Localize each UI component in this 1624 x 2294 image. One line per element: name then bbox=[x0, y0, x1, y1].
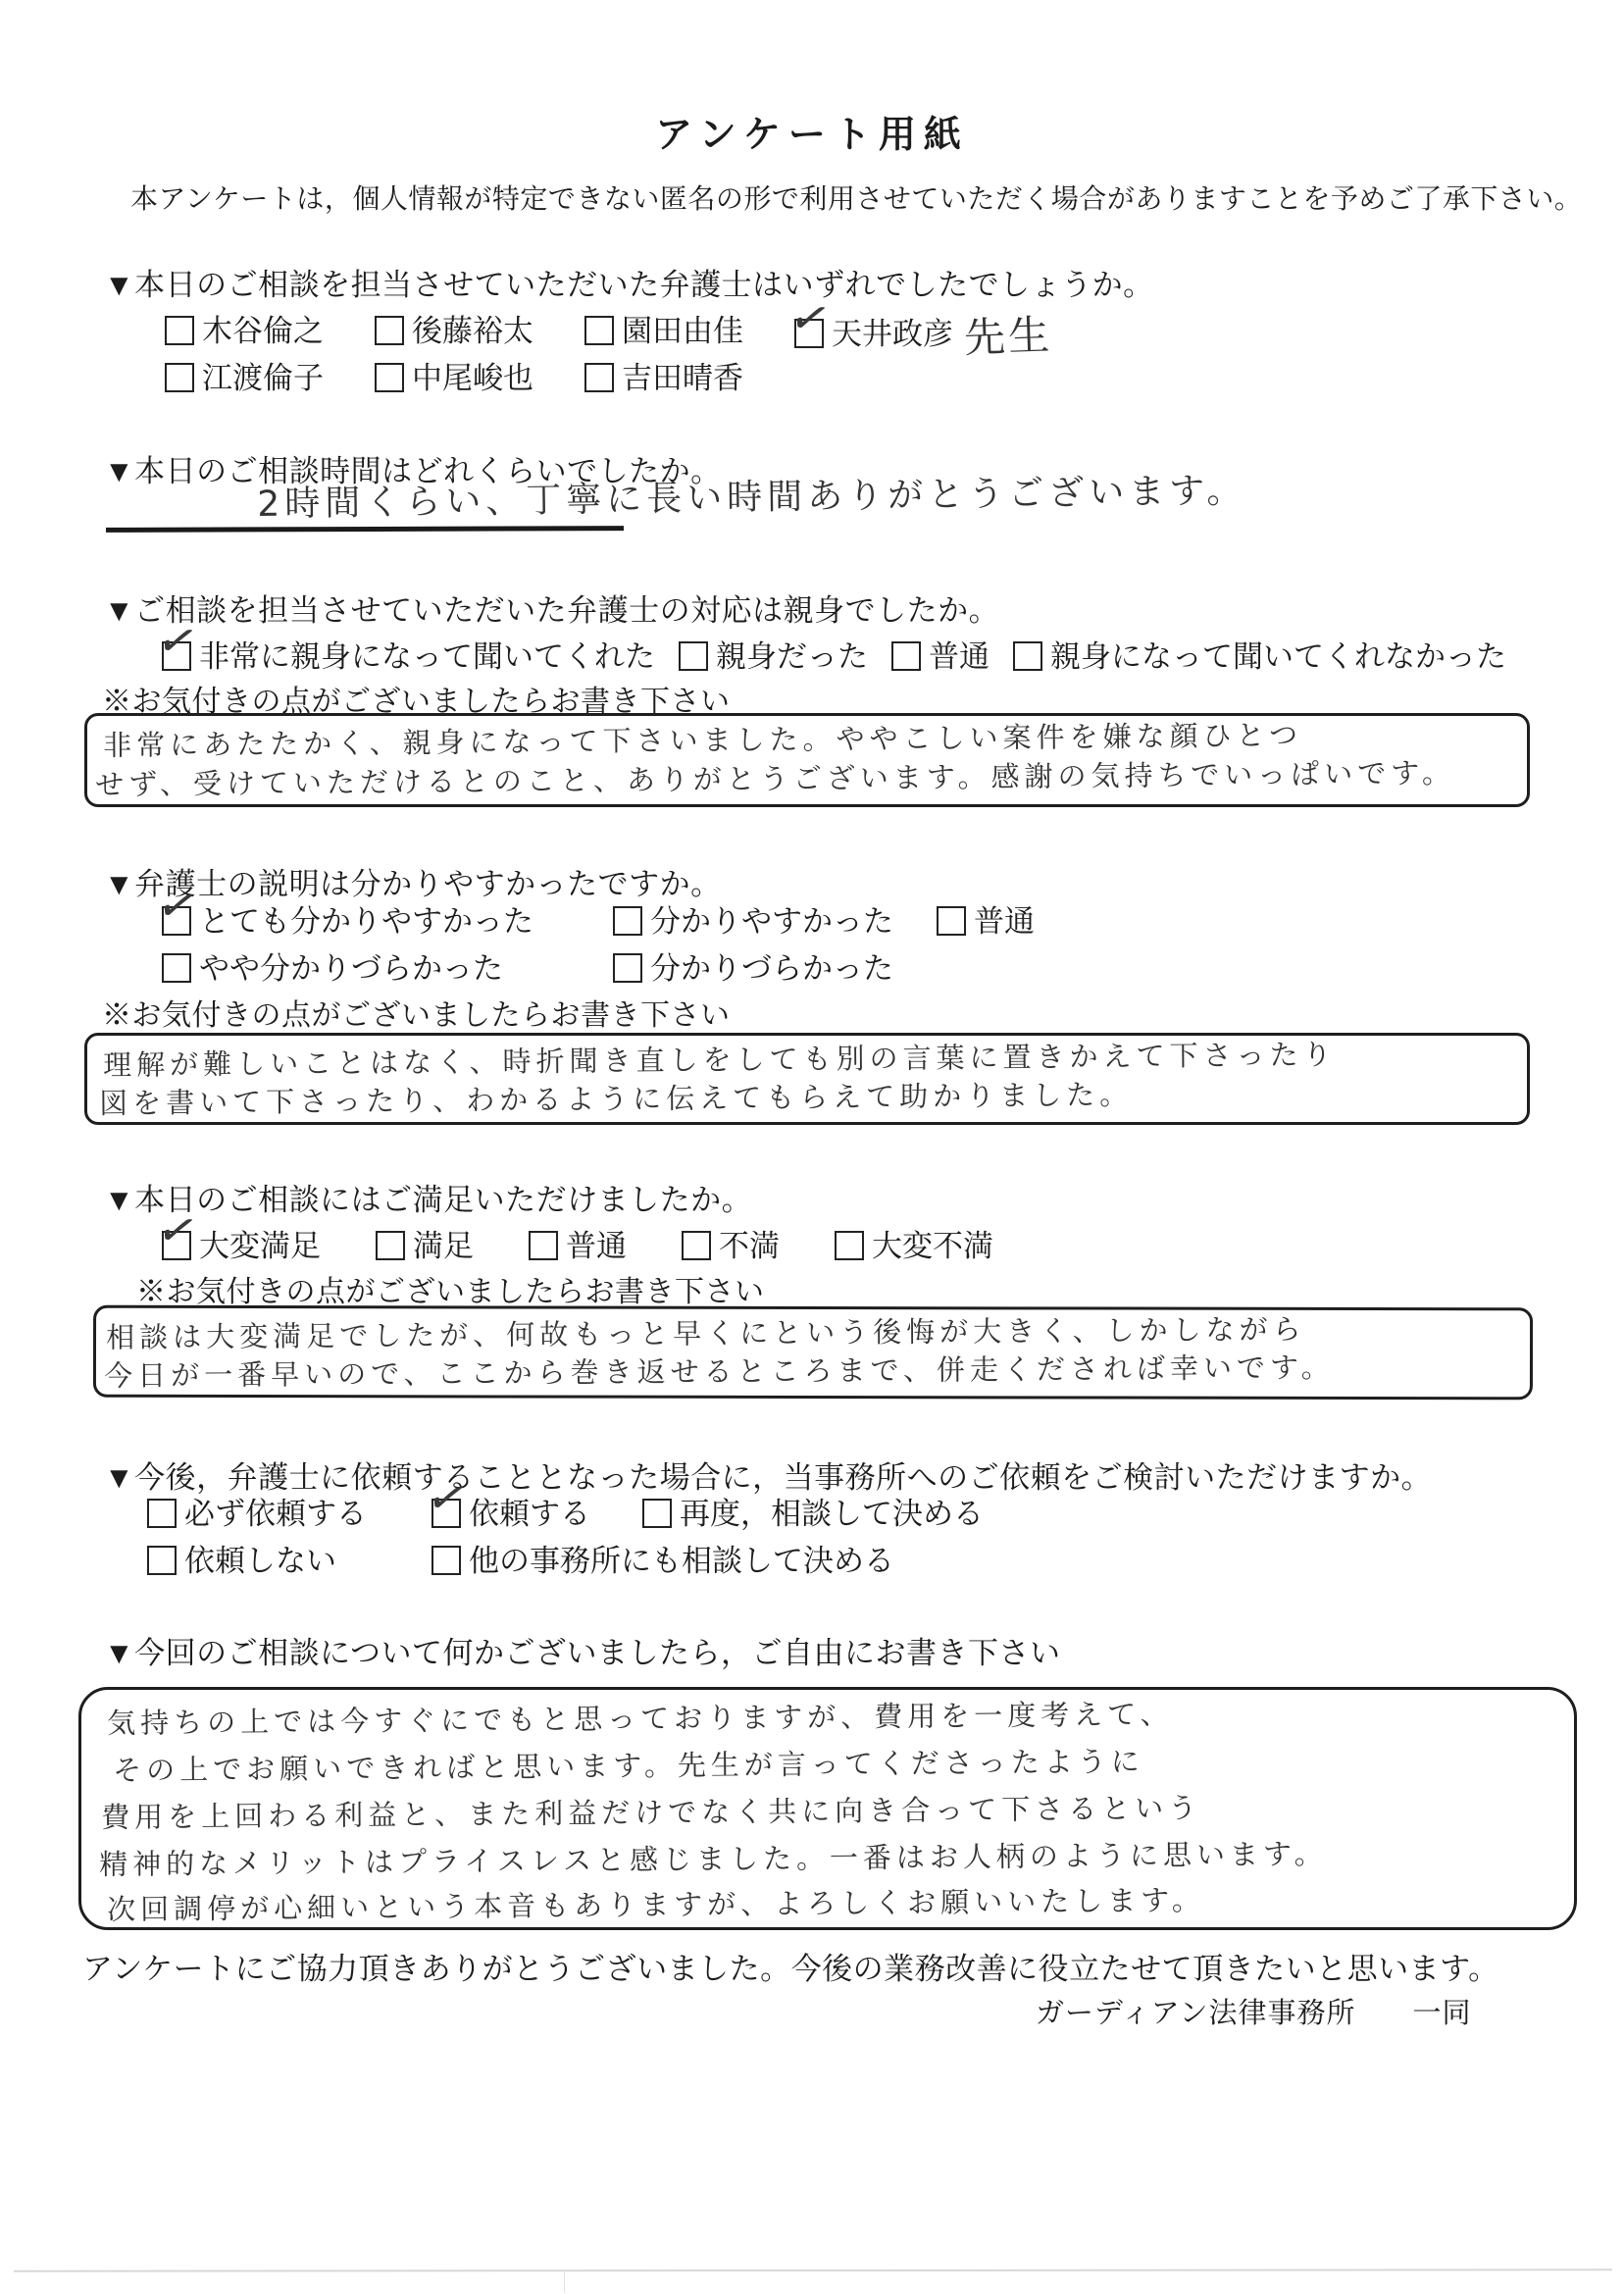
q6-option-row-1: 必ず依頼する ✓依頼する 再度，相談して決める bbox=[147, 1489, 984, 1533]
handwritten-line: 図を書いて下さったり、わかるように伝えてもらえて助かりました。 bbox=[99, 1073, 1133, 1122]
option-label: 親身になって聞いてくれなかった bbox=[1050, 639, 1506, 674]
option-label: 依頼しない bbox=[184, 1544, 336, 1578]
response-option: 親身だった bbox=[679, 632, 868, 676]
option-label: 親身だった bbox=[716, 639, 868, 674]
option-label: 分かりやすかった bbox=[650, 904, 893, 939]
q7-heading: ▼今回のご相談について何かございましたら，ご自由にお書き下さい bbox=[104, 1628, 1061, 1672]
checkbox-icon[interactable] bbox=[891, 641, 921, 671]
checkbox-icon[interactable]: ✓ bbox=[431, 1499, 461, 1528]
checkbox-icon[interactable] bbox=[642, 1499, 672, 1528]
option-label: 分かりづらかった bbox=[650, 951, 893, 986]
handwritten-line: 費用を上回わる利益と、また利益だけでなく共に向き合って下さるという bbox=[101, 1786, 1201, 1836]
checkbox-icon[interactable] bbox=[165, 316, 194, 345]
lawyer-option: 江渡倫子 bbox=[165, 353, 375, 397]
option-label: 園田由佳 bbox=[622, 314, 743, 348]
scan-artifact-line bbox=[14, 2269, 1612, 2271]
checkbox-icon[interactable] bbox=[679, 641, 708, 671]
satisfaction-option: 大変不満 bbox=[835, 1221, 993, 1265]
checkbox-icon[interactable]: ✓ bbox=[794, 319, 824, 348]
response-option-selected: ✓非常に親身になって聞いてくれた bbox=[162, 632, 655, 676]
checkbox-icon[interactable]: ✓ bbox=[162, 641, 191, 671]
lawyer-option: 吉田晴香 bbox=[584, 353, 743, 397]
checkbox-icon[interactable] bbox=[147, 1499, 177, 1528]
response-option: 親身になって聞いてくれなかった bbox=[1013, 632, 1506, 676]
satisfaction-option: 普通 bbox=[529, 1221, 627, 1265]
q1-heading: ▼本日のご相談を担当させていただいた弁護士はいずれでしたでしょうか。 bbox=[104, 260, 1154, 304]
checkbox-icon[interactable] bbox=[529, 1231, 558, 1260]
option-label: 再度，相談して決める bbox=[680, 1497, 984, 1531]
signature-suffix: 一同 bbox=[1413, 1998, 1472, 2029]
checkbox-icon[interactable] bbox=[147, 1546, 177, 1575]
clarity-option-selected: ✓とても分かりやすかった bbox=[162, 896, 613, 941]
option-label: 普通 bbox=[929, 639, 990, 674]
option-label: 普通 bbox=[566, 1229, 627, 1263]
checkbox-icon[interactable] bbox=[584, 316, 614, 345]
checkbox-icon[interactable] bbox=[375, 363, 404, 392]
lawyer-option-selected: ✓天井政彦先生 bbox=[794, 306, 1051, 365]
page-title: アンケート用紙 bbox=[0, 104, 1624, 158]
q4-option-row-2: やや分かりづらかった 分かりづらかった bbox=[162, 943, 893, 988]
handwritten-line: 気持ちの上では今すぐにでもと思っておりますが、費用を一度考えて、 bbox=[107, 1693, 1174, 1742]
survey-page: アンケート用紙 本アンケートは，個人情報が特定できない匿名の形で利用させていただ… bbox=[0, 0, 1624, 2294]
comment-box-q3: 非常にあたたかく、親身になって下さいました。ややこしい案件を嫌な顔ひとつ せず、… bbox=[84, 713, 1530, 807]
handwritten-line: その上でお願いできればと思います。先生が言ってくださったように bbox=[113, 1740, 1144, 1789]
clarity-option: 普通 bbox=[937, 896, 1035, 941]
clarity-option: やや分かりづらかった bbox=[162, 943, 613, 988]
option-label: 江渡倫子 bbox=[202, 361, 324, 395]
option-label: とても分かりやすかった bbox=[199, 904, 533, 939]
option-label: 天井政彦 bbox=[832, 317, 953, 351]
handwritten-line: 次回調停が心細いという本音もありますが、よろしくお願いいたします。 bbox=[107, 1878, 1205, 1928]
scan-artifact-tick bbox=[564, 2271, 565, 2293]
option-label: 必ず依頼する bbox=[184, 1497, 367, 1531]
checkbox-icon[interactable]: ✓ bbox=[162, 906, 191, 936]
q3-option-row: ✓非常に親身になって聞いてくれた 親身だった 普通 親身になって聞いてくれなかっ… bbox=[162, 632, 1506, 676]
option-label: 木谷倫之 bbox=[202, 314, 324, 348]
option-label: 依頼する bbox=[469, 1497, 590, 1531]
comment-box-q5: 相談は大変満足でしたが、何故もっと早くにという後悔が大きく、しかしながら 今日が… bbox=[93, 1305, 1533, 1401]
satisfaction-option: 満足 bbox=[376, 1221, 474, 1265]
checkbox-icon[interactable]: ✓ bbox=[162, 1231, 191, 1260]
q3-heading: ▼ご相談を担当させていただいた弁護士の対応は親身でしたか。 bbox=[104, 586, 999, 630]
checkbox-icon[interactable] bbox=[937, 906, 966, 936]
handwritten-line: 今日が一番早いので、ここから巻き返せるところまで、併走くだされば幸いです。 bbox=[104, 1346, 1335, 1395]
checkbox-icon[interactable] bbox=[682, 1231, 711, 1260]
handwritten-line: 精神的なメリットはプライスレスと感じました。一番はお人柄のように思います。 bbox=[99, 1832, 1328, 1883]
checkbox-icon[interactable] bbox=[431, 1546, 461, 1575]
intro-note: 本アンケートは，個人情報が特定できない匿名の形で利用させていただく場合があります… bbox=[130, 178, 1582, 217]
handwritten-honorific: 先生 bbox=[963, 303, 1053, 365]
retain-option: 必ず依頼する bbox=[147, 1489, 431, 1533]
retain-option: 依頼しない bbox=[147, 1536, 431, 1580]
option-label: 後藤裕太 bbox=[412, 314, 533, 348]
option-label: 中尾峻也 bbox=[412, 361, 533, 395]
response-option: 普通 bbox=[891, 632, 990, 676]
q4-option-row-1: ✓とても分かりやすかった 分かりやすかった 普通 bbox=[162, 896, 1035, 941]
checkbox-icon[interactable] bbox=[162, 953, 191, 983]
checkbox-icon[interactable] bbox=[375, 316, 404, 345]
q1-option-row-2: 江渡倫子 中尾峻也 吉田晴香 bbox=[165, 353, 743, 397]
satisfaction-option: 不満 bbox=[682, 1221, 780, 1265]
retain-option: 再度，相談して決める bbox=[642, 1489, 984, 1533]
checkbox-icon[interactable] bbox=[1013, 641, 1042, 671]
retain-option-selected: ✓依頼する bbox=[431, 1489, 642, 1533]
q6-option-row-2: 依頼しない 他の事務所にも相談して決める bbox=[147, 1536, 894, 1580]
q5-note-label: ※お気付きの点がございましたらお書き下さい bbox=[136, 1267, 765, 1310]
comment-box-q4: 理解が難しいことはなく、時折聞き直しをしても別の言葉に置きかえて下さったり 図を… bbox=[84, 1033, 1530, 1125]
checkbox-icon[interactable] bbox=[376, 1231, 405, 1260]
signature-office: ガーディアン法律事務所 bbox=[1036, 1998, 1356, 2029]
lawyer-option: 園田由佳 bbox=[584, 306, 794, 350]
satisfaction-option-selected: ✓大変満足 bbox=[162, 1221, 321, 1265]
free-comment-box: 気持ちの上では今すぐにでもと思っておりますが、費用を一度考えて、 その上でお願い… bbox=[78, 1687, 1577, 1930]
q4-note-label: ※お気付きの点がございましたらお書き下さい bbox=[102, 991, 731, 1034]
option-label: やや分かりづらかった bbox=[199, 951, 503, 986]
option-label: 吉田晴香 bbox=[622, 361, 743, 395]
option-label: 非常に親身になって聞いてくれた bbox=[199, 639, 655, 674]
checkbox-icon[interactable] bbox=[584, 363, 614, 392]
lawyer-option: 後藤裕太 bbox=[375, 306, 584, 350]
clarity-option: 分かりづらかった bbox=[613, 943, 893, 988]
clarity-option: 分かりやすかった bbox=[613, 896, 937, 941]
retain-option: 他の事務所にも相談して決める bbox=[431, 1536, 894, 1580]
checkbox-icon[interactable] bbox=[613, 953, 642, 983]
lawyer-option: 中尾峻也 bbox=[375, 353, 584, 397]
closing-note: アンケートにご協力頂きありがとうございました。今後の業務改善に役立たせて頂きたい… bbox=[82, 1944, 1499, 1988]
option-label: 大変満足 bbox=[199, 1229, 321, 1263]
answer-underline bbox=[106, 526, 624, 533]
checkbox-icon[interactable] bbox=[165, 363, 194, 392]
signature-line: ガーディアン法律事務所一同 bbox=[1036, 1991, 1472, 2031]
option-label: 大変不満 bbox=[872, 1229, 993, 1263]
option-label: 普通 bbox=[974, 904, 1035, 939]
option-label: 他の事務所にも相談して決める bbox=[469, 1544, 894, 1578]
q5-option-row: ✓大変満足 満足 普通 不満 大変不満 bbox=[162, 1221, 993, 1265]
lawyer-option: 木谷倫之 bbox=[165, 306, 375, 350]
option-label: 満足 bbox=[413, 1229, 474, 1263]
checkbox-icon[interactable] bbox=[835, 1231, 864, 1260]
option-label: 不満 bbox=[719, 1229, 780, 1263]
checkbox-icon[interactable] bbox=[613, 906, 642, 936]
